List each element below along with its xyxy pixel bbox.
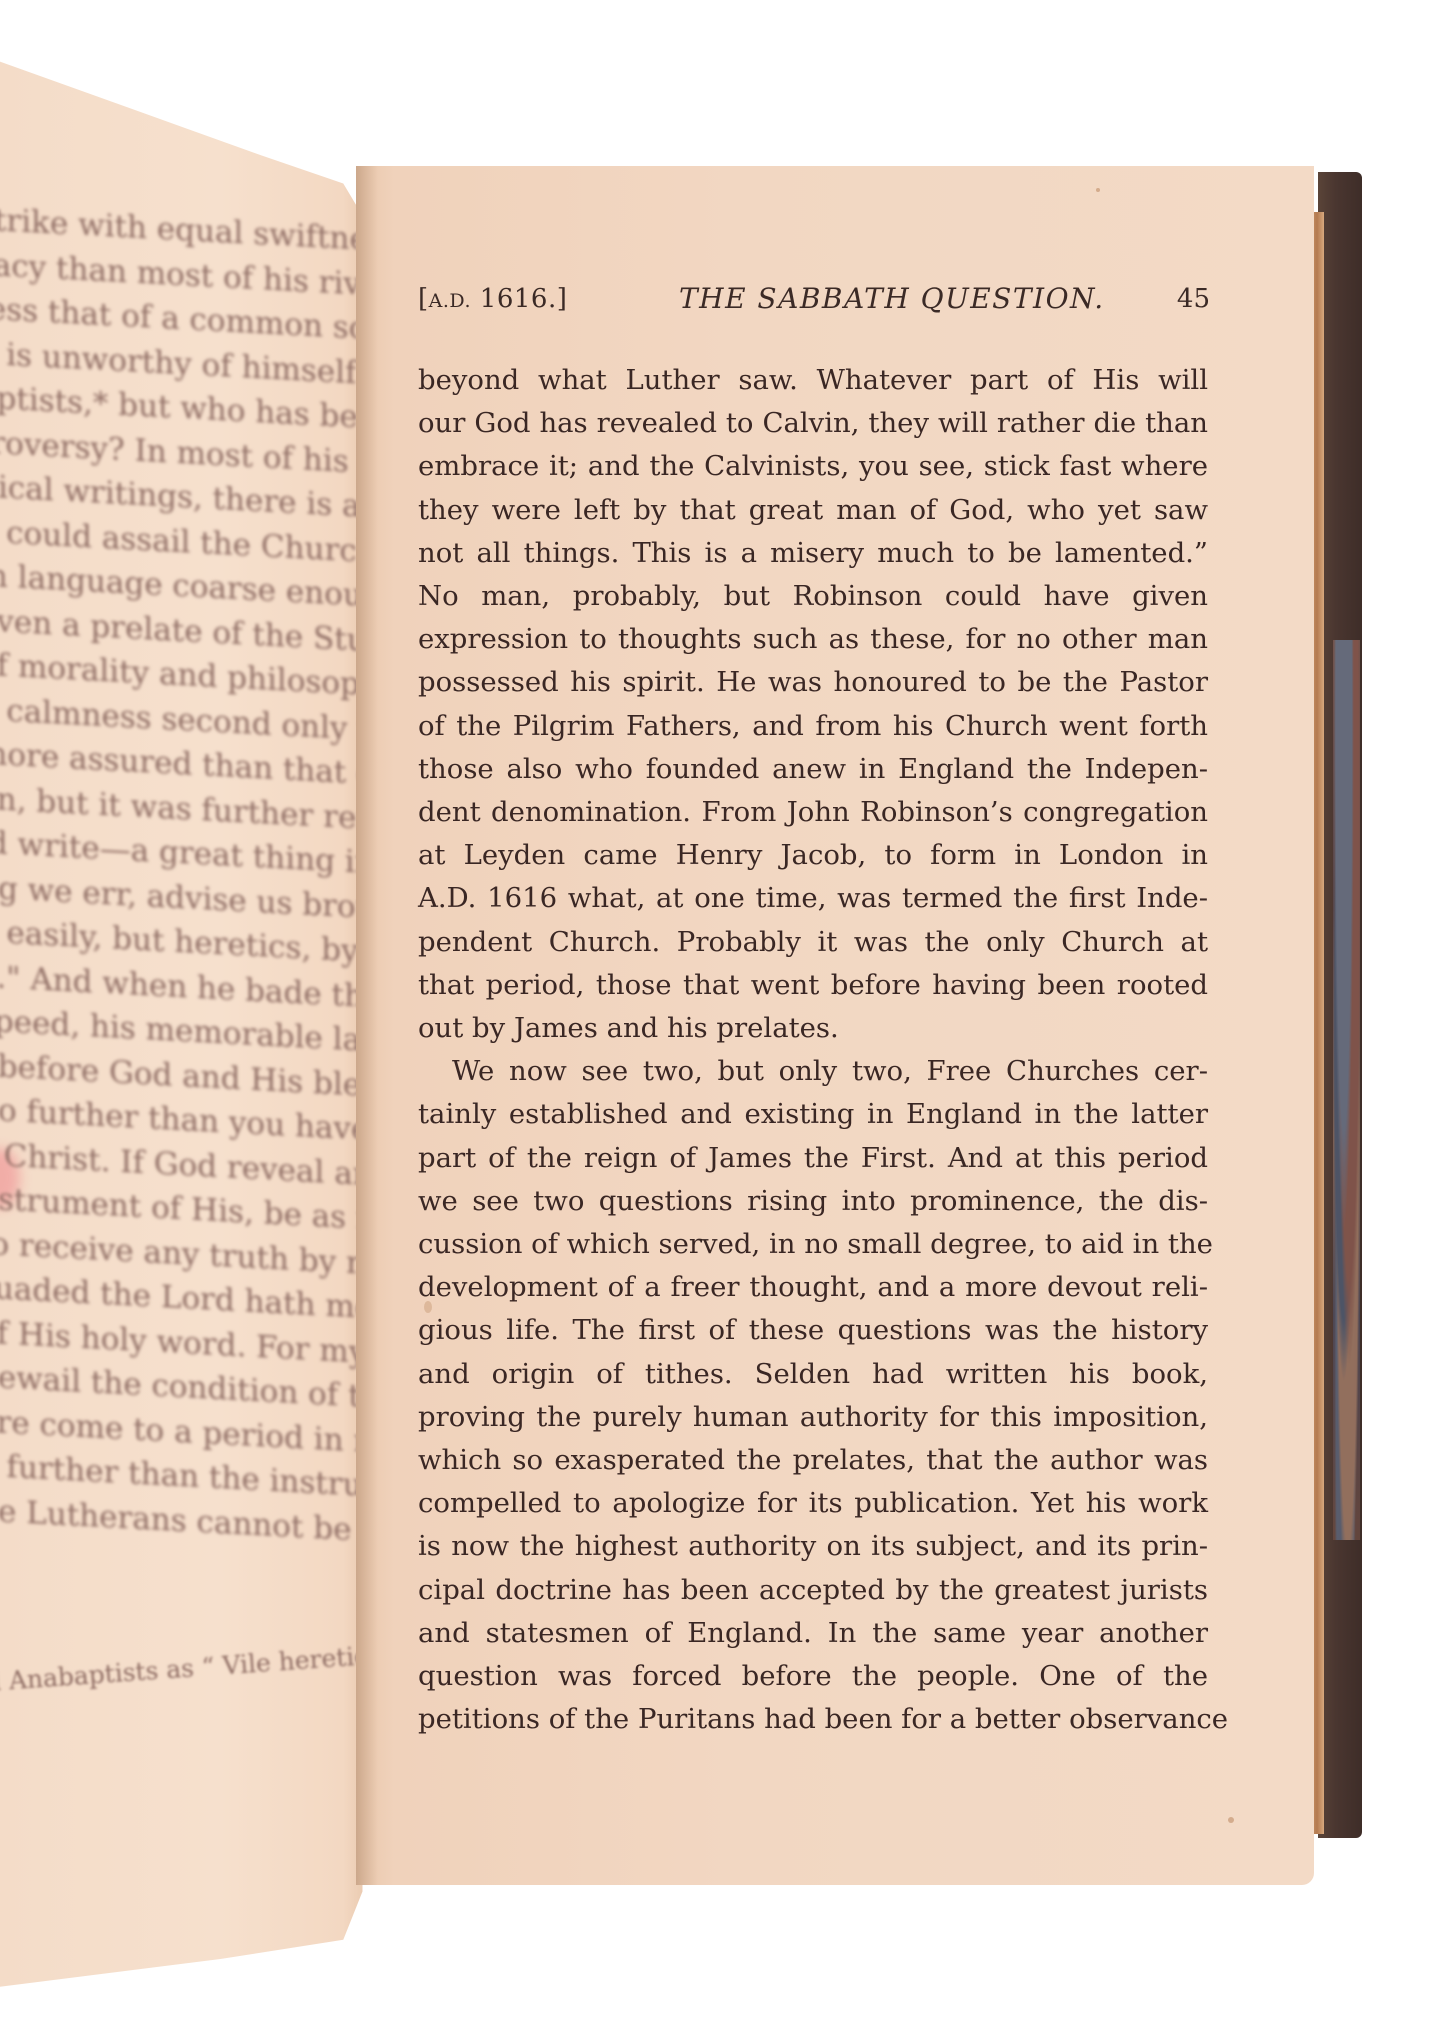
text-line: which so exasperated the prelates, that … [418,1439,1208,1482]
text-line: development of a freer thought, and a mo… [418,1266,1208,1309]
text-line: petitions of the Puritans had been for a… [418,1698,1208,1741]
text-line: question was forced before the people. O… [418,1655,1208,1698]
text-line: and origin of tithes. Selden had written… [418,1353,1208,1396]
text-line: of the Pilgrim Fathers, and from his Chu… [418,705,1208,748]
marbled-board [1333,640,1360,1540]
text-line: at Leyden came Henry Jacob, to form in L… [418,834,1208,877]
text-line: compelled to apologize for its publicati… [418,1482,1208,1525]
running-head: [A.D. 1616.] THE SABBATH QUESTION. 45 [418,284,1210,324]
right-page: [A.D. 1616.] THE SABBATH QUESTION. 45 be… [356,166,1314,1885]
text-line: cipal doctrine has been accepted by the … [418,1569,1208,1612]
left-page-text: JOHN ROBINSON. strike with equal swiftne… [0,198,370,1818]
gutter-shadow [356,166,378,1885]
text-line: tainly established and existing in Engla… [418,1093,1208,1136]
text-line: out by James and his prelates. [418,1007,1208,1050]
left-page: JOHN ROBINSON. strike with equal swiftne… [0,58,374,1988]
body-text: beyond what Luther saw. Whatever part of… [418,359,1208,1742]
text-line-rest: 1616 what, at one time, was termed the f… [476,882,1208,914]
text-line: that period, those that went before havi… [418,964,1208,1007]
text-line: proving the purely human authority for t… [418,1396,1208,1439]
text-line: those also who founded anew in England t… [418,748,1208,791]
text-line: gious life. The first of these questions… [418,1309,1208,1352]
year-label: 1616.] [471,284,567,314]
page-number: 45 [1177,284,1210,314]
era-label: A.D. [429,290,471,312]
text-line: not all things. This is a misery much to… [418,532,1208,575]
text-line: our God has revealed to Calvin, they wil… [418,402,1208,445]
foxing-spot [1228,1817,1234,1823]
text-line: possessed his spirit. He was honoured to… [418,661,1208,704]
text-line: is now the highest authority on its subj… [418,1525,1208,1568]
text-line: No man, probably, but Robinson could hav… [418,575,1208,618]
text-line: part of the reign of James the First. An… [418,1137,1208,1180]
text-line: A.D. 1616 what, at one time, was termed … [418,877,1208,920]
text-line: we see two questions rising into promine… [418,1180,1208,1223]
text-line: and statesmen of England. In the same ye… [418,1612,1208,1655]
running-head-date: [A.D. 1616.] [418,284,567,314]
bracket-open: [ [418,284,429,314]
text-line: cussion of which served, in no small deg… [418,1223,1208,1266]
era-inline: A.D. [418,882,476,914]
foxing-spot [1096,188,1100,192]
left-running-head: JOHN ROBINSON. [108,198,370,202]
text-line: expression to thoughts such as these, fo… [418,618,1208,661]
text-line: embrace it; and the Calvinists, you see,… [418,445,1208,488]
text-line: dent denomination. From John Robinson’s … [418,791,1208,834]
text-line: they were left by that great man of God,… [418,489,1208,532]
text-line: pendent Church. Probably it was the only… [418,921,1208,964]
foxing-spot [424,1301,432,1313]
chapter-title: THE SABBATH QUESTION. [679,282,1105,315]
paragraph-start-line: We now see two, but only two, Free Churc… [418,1050,1208,1093]
text-line: beyond what Luther saw. Whatever part of… [418,359,1208,402]
